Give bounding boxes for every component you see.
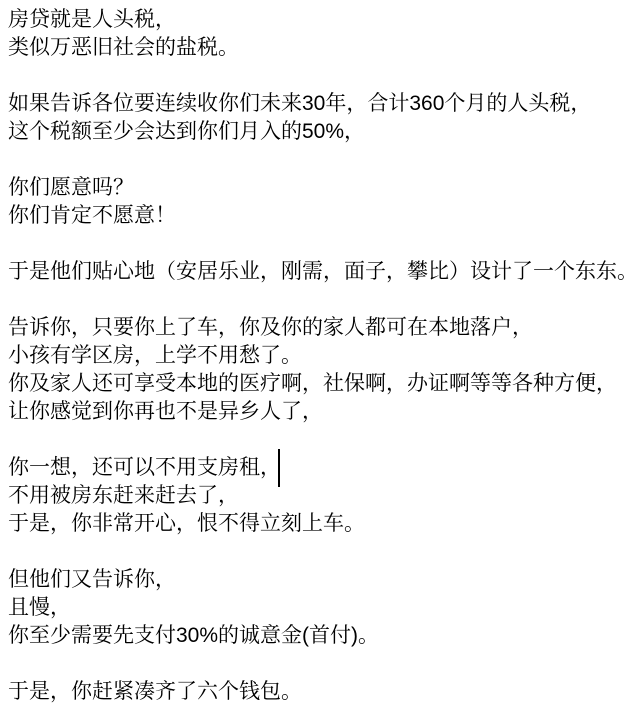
text-line: 小孩有学区房，上学不用愁了。: [8, 342, 642, 370]
text-line: 你及家人还可享受本地的医疗啊，社保啊，办证啊等等各种方便，: [8, 370, 642, 398]
text-line: 如果告诉各位要连续收你们未来30年，合计360个月的人头税，: [8, 90, 642, 118]
text-line: 你一想，还可以不用支房租，: [8, 454, 642, 482]
text-line: 你们愿意吗？: [8, 174, 642, 202]
text-line: 类似万恶旧社会的盐税。: [8, 34, 642, 62]
text-insertion-caret: [278, 449, 280, 487]
text-line: 且慢，: [8, 594, 642, 622]
text-line: [8, 146, 642, 174]
text-line: 于是他们贴心地（安居乐业，刚需，面子，攀比）设计了一个东东。: [8, 258, 642, 286]
text-line: [8, 286, 642, 314]
text-line: 不用被房东赶来赶去了，: [8, 482, 642, 510]
text-line: 房贷就是人头税，: [8, 6, 642, 34]
text-line: 于是，你非常开心，恨不得立刻上车。: [8, 510, 642, 538]
text-line: 告诉你，只要你上了车，你及你的家人都可在本地落户，: [8, 314, 642, 342]
text-line: [8, 426, 642, 454]
text-line: [8, 650, 642, 678]
text-line: [8, 230, 642, 258]
text-line: 这个税额至少会达到你们月入的50%，: [8, 118, 642, 146]
text-line: [8, 538, 642, 566]
text-line: 你至少需要先支付30%的诚意金(首付)。: [8, 622, 642, 650]
text-line: 于是，你赶紧凑齐了六个钱包。: [8, 678, 642, 706]
text-line: [8, 62, 642, 90]
text-document-area[interactable]: 房贷就是人头税， 类似万恶旧社会的盐税。 如果告诉各位要连续收你们未来30年，合…: [0, 0, 642, 717]
text-line: 你们肯定不愿意！: [8, 202, 642, 230]
text-line: 让你感觉到你再也不是异乡人了，: [8, 398, 642, 426]
text-line: 但他们又告诉你，: [8, 566, 642, 594]
